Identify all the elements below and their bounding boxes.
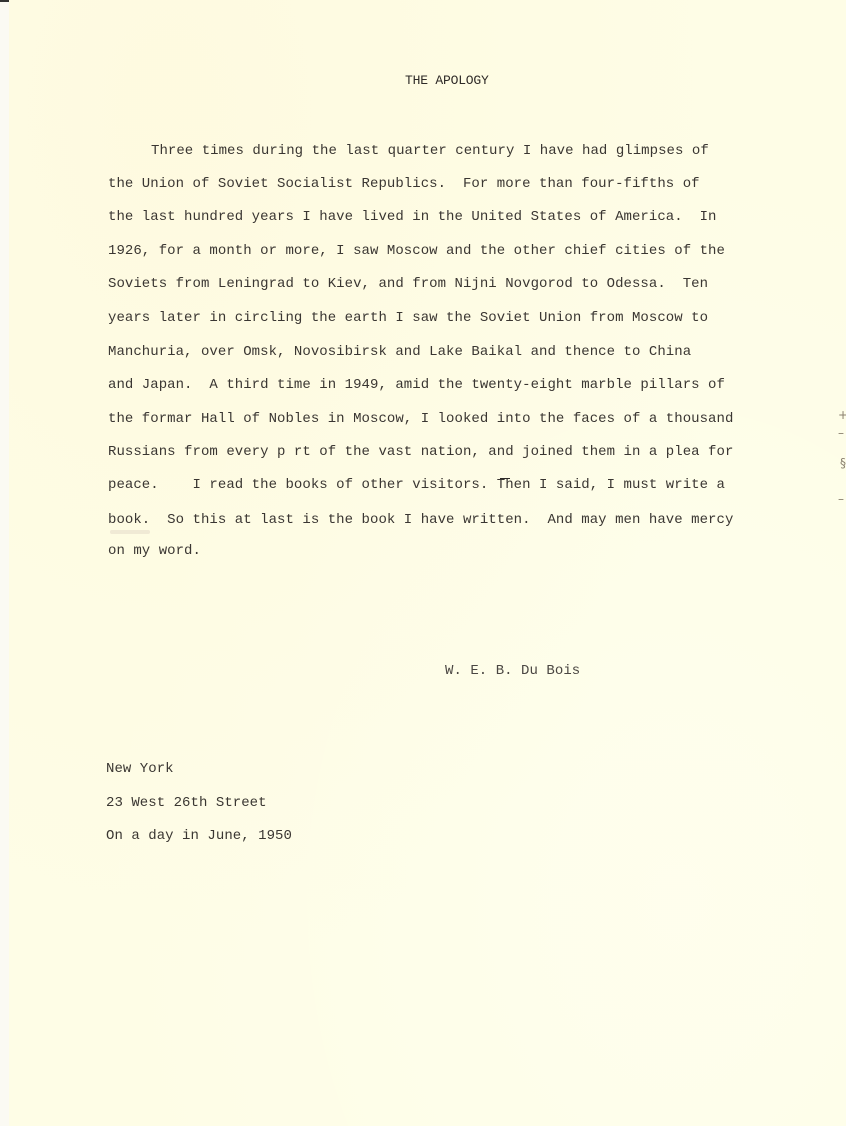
margin-mark-4: – (838, 492, 844, 506)
body-line-6: years later in circling the earth I saw … (108, 310, 708, 326)
body-line-4: 1926, for a month or more, I saw Moscow … (108, 243, 725, 259)
body-line-7: Manchuria, over Omsk, Novosibirsk and La… (108, 344, 691, 360)
body-line-10: Russians from every p rt of the vast nat… (108, 444, 733, 460)
document-title: THE APOLOGY (405, 73, 489, 89)
body-line-13: on my word. (108, 543, 201, 559)
body-line-9: the formar Hall of Nobles in Moscow, I l… (108, 411, 733, 427)
body-line-2: the Union of Soviet Socialist Republics.… (108, 176, 700, 192)
body-line-5: Soviets from Leningrad to Kiev, and from… (108, 276, 708, 292)
document-page: THE APOLOGY Three times during the last … (0, 0, 846, 1126)
margin-mark-1: + (838, 408, 846, 422)
signature: W. E. B. Du Bois (445, 663, 580, 679)
body-line-1: Three times during the last quarter cent… (151, 143, 709, 159)
address-street: 23 West 26th Street (106, 795, 267, 811)
body-line-11: peace. I read the books of other visitor… (108, 477, 725, 493)
body-line-3: the last hundred years I have lived in t… (108, 209, 717, 225)
body-line-8: and Japan. A third time in 1949, amid th… (108, 377, 725, 393)
scan-top-mark (0, 0, 9, 2)
scan-left-edge (0, 0, 9, 1126)
ink-smudge (110, 530, 150, 534)
body-line-12: book. So this at last is the book I have… (108, 512, 733, 528)
margin-mark-2: – (838, 426, 844, 440)
handwritten-correction-mark (500, 478, 510, 479)
margin-mark-3: § (840, 456, 846, 470)
address-date: On a day in June, 1950 (106, 828, 292, 844)
address-city: New York (106, 761, 174, 777)
